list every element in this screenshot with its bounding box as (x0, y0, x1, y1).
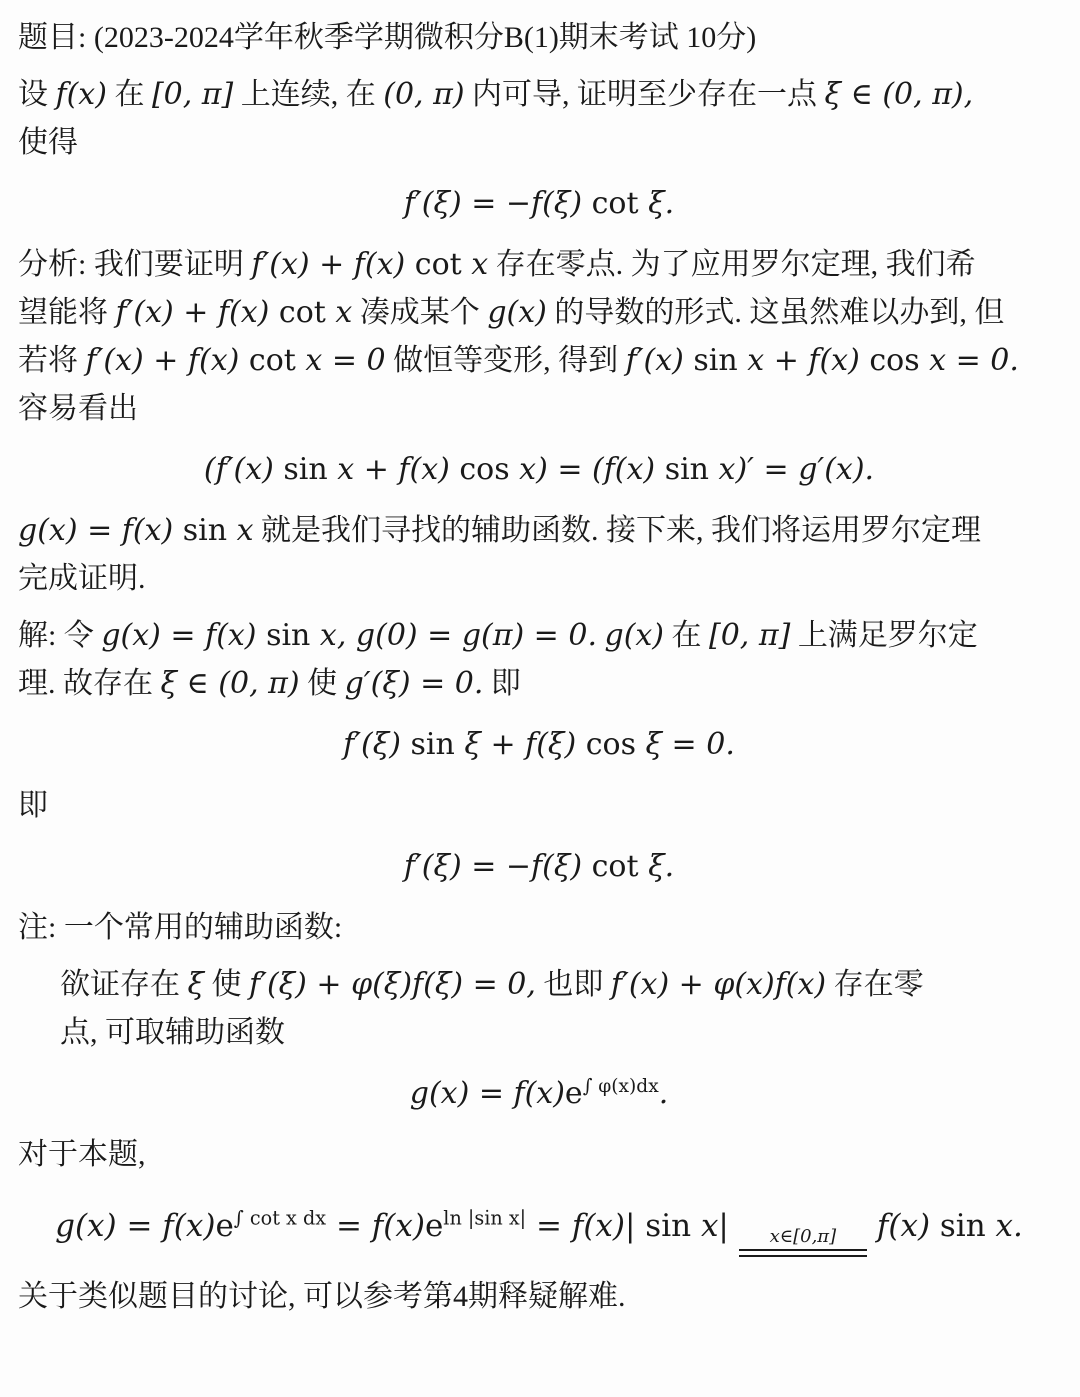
math-segment: sin (940, 1208, 996, 1244)
math-segment: g(x) = f(x) (55, 1208, 215, 1244)
math-segment: x, g(0) = g(π) = 0. (320, 618, 597, 653)
math-segment: sin (411, 727, 465, 762)
math-segment: cos (459, 452, 519, 487)
math-segment: cot (279, 295, 335, 330)
math-segment: ξ (188, 967, 205, 1002)
math-segment: = f(x) (326, 1208, 425, 1244)
math-segment: f(x) (877, 1208, 940, 1244)
text-segment: 设 (18, 78, 56, 111)
text-segment: 也即 (536, 968, 611, 1001)
math-segment: f′(x) + φ(x)f(x) (611, 967, 826, 1002)
math-segment: f′(x) + f(x) (116, 295, 279, 330)
text-segment: 理. 故存在 (18, 667, 161, 700)
math-segment: f′(ξ) (343, 727, 410, 762)
text-segment: 内可导, 证明至少存在一点 (465, 78, 825, 111)
text-segment: 即 (18, 789, 48, 822)
math-segment: ξ ∈ (0, π), (825, 77, 974, 112)
math-segment: ∫ φ(x)dx (583, 1076, 659, 1097)
math-segment: cos (586, 727, 646, 762)
text-segment: 题目: (2023-2024学年秋季学期微积分B(1)期末考试 10分) (18, 21, 756, 54)
math-segment: g′(ξ) = 0. (345, 666, 484, 701)
math-segment: sin (283, 452, 337, 487)
math-segment: [0, π] (709, 618, 790, 653)
text-line: 对于本题, (18, 1131, 1060, 1179)
math-segment: [0, π] (152, 77, 233, 112)
text-segment: 就是我们寻找的辅助函数. 接下来, 我们将运用罗尔定理 (254, 514, 982, 547)
text-line: 完成证明. (18, 555, 1060, 603)
text-segment: 使 (300, 667, 345, 700)
math-segment: sin (645, 1208, 701, 1244)
text-segment: 存在零点. 为了应用罗尔定理, 我们希 (488, 248, 976, 281)
math-segment: x)′ = g′(x). (719, 452, 875, 487)
math-segment: x (471, 247, 488, 282)
text-line: 若将 f′(x) + f(x) cot x = 0 做恒等变形, 得到 f′(x… (18, 337, 1060, 385)
text-line: 望能将 f′(x) + f(x) cot x 凑成某个 g(x) 的导数的形式.… (18, 289, 1060, 337)
math-segment: x (237, 513, 254, 548)
text-segment: 上满足罗尔定 (790, 619, 978, 652)
text-segment: 注: 一个常用的辅助函数: (18, 911, 342, 944)
math-segment: x = 0. (929, 343, 1019, 378)
text-line: 分析: 我们要证明 f′(x) + f(x) cot x 存在零点. 为了应用罗… (18, 241, 1060, 289)
text-line: 点, 可取辅助函数 (18, 1009, 1060, 1057)
math-segment: e (425, 1208, 443, 1244)
math-segment: x. (996, 1208, 1023, 1244)
math-segment: . (659, 1076, 669, 1111)
text-segment: 使得 (18, 126, 78, 159)
display-formula: f′(ξ) = −f(ξ) cot ξ. (18, 840, 1060, 894)
text-line: 注: 一个常用的辅助函数: (18, 904, 1060, 952)
display-formula: (f′(x) sin x + f(x) cos x) = (f(x) sin x… (18, 443, 1060, 497)
math-segment: ξ. (648, 849, 674, 884)
text-line: 解: 令 g(x) = f(x) sin x, g(0) = g(π) = 0.… (18, 612, 1060, 660)
text-segment: 分析: 我们要证明 (18, 248, 251, 281)
text-line: 即 (18, 782, 1060, 830)
math-segment: f′(x) (626, 343, 694, 378)
math-segment: cos (869, 343, 929, 378)
text-segment: 使 (204, 968, 249, 1001)
math-segment: f′(ξ) = −f(ξ) (404, 849, 592, 884)
math-segment: x + f(x) (747, 343, 869, 378)
text-segment: 做恒等变形, 得到 (386, 344, 626, 377)
display-formula: f′(ξ) = −f(ξ) cot ξ. (18, 177, 1060, 231)
math-segment: cot (415, 247, 471, 282)
text-segment: 解: 令 (18, 619, 101, 652)
text-segment: 欲证存在 (60, 968, 188, 1001)
math-segment: e (215, 1208, 233, 1244)
math-segment: g(x) (487, 295, 547, 330)
text-segment: 凑成某个 (352, 296, 487, 329)
math-segment: x + f(x) (337, 452, 459, 487)
title-line: 题目: (2023-2024学年秋季学期微积分B(1)期末考试 10分) (18, 14, 1060, 62)
text-segment: 在 (107, 78, 152, 111)
math-segment: ξ = 0. (646, 727, 735, 762)
math-segment: ξ + f(ξ) (464, 727, 585, 762)
math-segment: sin (183, 513, 237, 548)
text-segment: 点, 可取辅助函数 (60, 1016, 285, 1049)
text-segment: 存在零 (826, 968, 924, 1001)
text-segment: 即 (483, 667, 521, 700)
text-segment: 关于类似题目的讨论, 可以参考第4期释疑解难. (18, 1280, 626, 1313)
math-segment: ξ ∈ (0, π) (161, 666, 300, 701)
math-segment: f′(x) + f(x) (86, 343, 249, 378)
text-segment: 望能将 (18, 296, 116, 329)
math-segment: sin (266, 618, 320, 653)
text-segment: 完成证明. (18, 562, 146, 595)
math-segment: ∫ cot x dx (234, 1207, 326, 1230)
text-line: 容易看出 (18, 385, 1060, 433)
text-line: 欲证存在 ξ 使 f′(ξ) + φ(ξ)f(ξ) = 0, 也即 f′(x) … (18, 961, 1060, 1009)
math-segment: x = 0 (305, 343, 385, 378)
text-line: 使得 (18, 119, 1060, 167)
text-segment: 在 (664, 619, 709, 652)
math-segment: = f(x)| (526, 1208, 645, 1244)
math-segment: e (565, 1076, 583, 1111)
math-segment: (0, π) (383, 77, 464, 112)
math-segment: g(x) = f(x) (18, 513, 183, 548)
math-segment: x| (701, 1208, 729, 1244)
math-segment: sin (665, 452, 719, 487)
display-formula: g(x) = f(x)e∫ φ(x)dx. (18, 1067, 1060, 1121)
math-segment: f′(ξ) = −f(ξ) (404, 186, 592, 221)
over-equals: x∈[0,π] (739, 1227, 867, 1257)
math-segment: g(x) = f(x) (410, 1076, 565, 1111)
math-segment: g(x) (604, 618, 664, 653)
math-segment: f(x) (56, 77, 107, 112)
math-segment: f′(x) + f(x) (251, 247, 414, 282)
text-line: 理. 故存在 ξ ∈ (0, π) 使 g′(ξ) = 0. 即 (18, 660, 1060, 708)
math-segment: (f′(x) (204, 452, 283, 487)
math-document: 题目: (2023-2024学年秋季学期微积分B(1)期末考试 10分)设 f(… (0, 0, 1080, 1397)
text-segment: 若将 (18, 344, 86, 377)
math-segment: x (335, 295, 352, 330)
text-line: g(x) = f(x) sin x 就是我们寻找的辅助函数. 接下来, 我们将运… (18, 507, 1060, 555)
math-segment: cot (249, 343, 305, 378)
display-formula: f′(ξ) sin ξ + f(ξ) cos ξ = 0. (18, 718, 1060, 772)
double-equals-bar (739, 1249, 867, 1257)
math-segment: ξ. (648, 186, 674, 221)
text-segment: 容易看出 (18, 392, 138, 425)
math-segment: cot (592, 849, 648, 884)
math-segment: sin (693, 343, 747, 378)
text-line: 设 f(x) 在 [0, π] 上连续, 在 (0, π) 内可导, 证明至少存… (18, 71, 1060, 119)
text-segment: 上连续, 在 (233, 78, 383, 111)
math-segment: g(x) = f(x) (101, 618, 266, 653)
over-equals-label: x∈[0,π] (770, 1227, 837, 1247)
text-line: 关于类似题目的讨论, 可以参考第4期释疑解难. (18, 1273, 1060, 1321)
math-segment: f′(ξ) + φ(ξ)f(ξ) = 0, (249, 967, 536, 1002)
math-segment: x) = (f(x) (519, 452, 665, 487)
math-segment: cot (592, 186, 648, 221)
math-segment: ln |sin x| (443, 1207, 526, 1230)
display-formula: g(x) = f(x)e∫ cot x dx = f(x)eln |sin x|… (18, 1195, 1060, 1257)
text-segment: 的导数的形式. 这虽然难以办到, 但 (547, 296, 1005, 329)
text-segment: 对于本题, (18, 1138, 146, 1171)
